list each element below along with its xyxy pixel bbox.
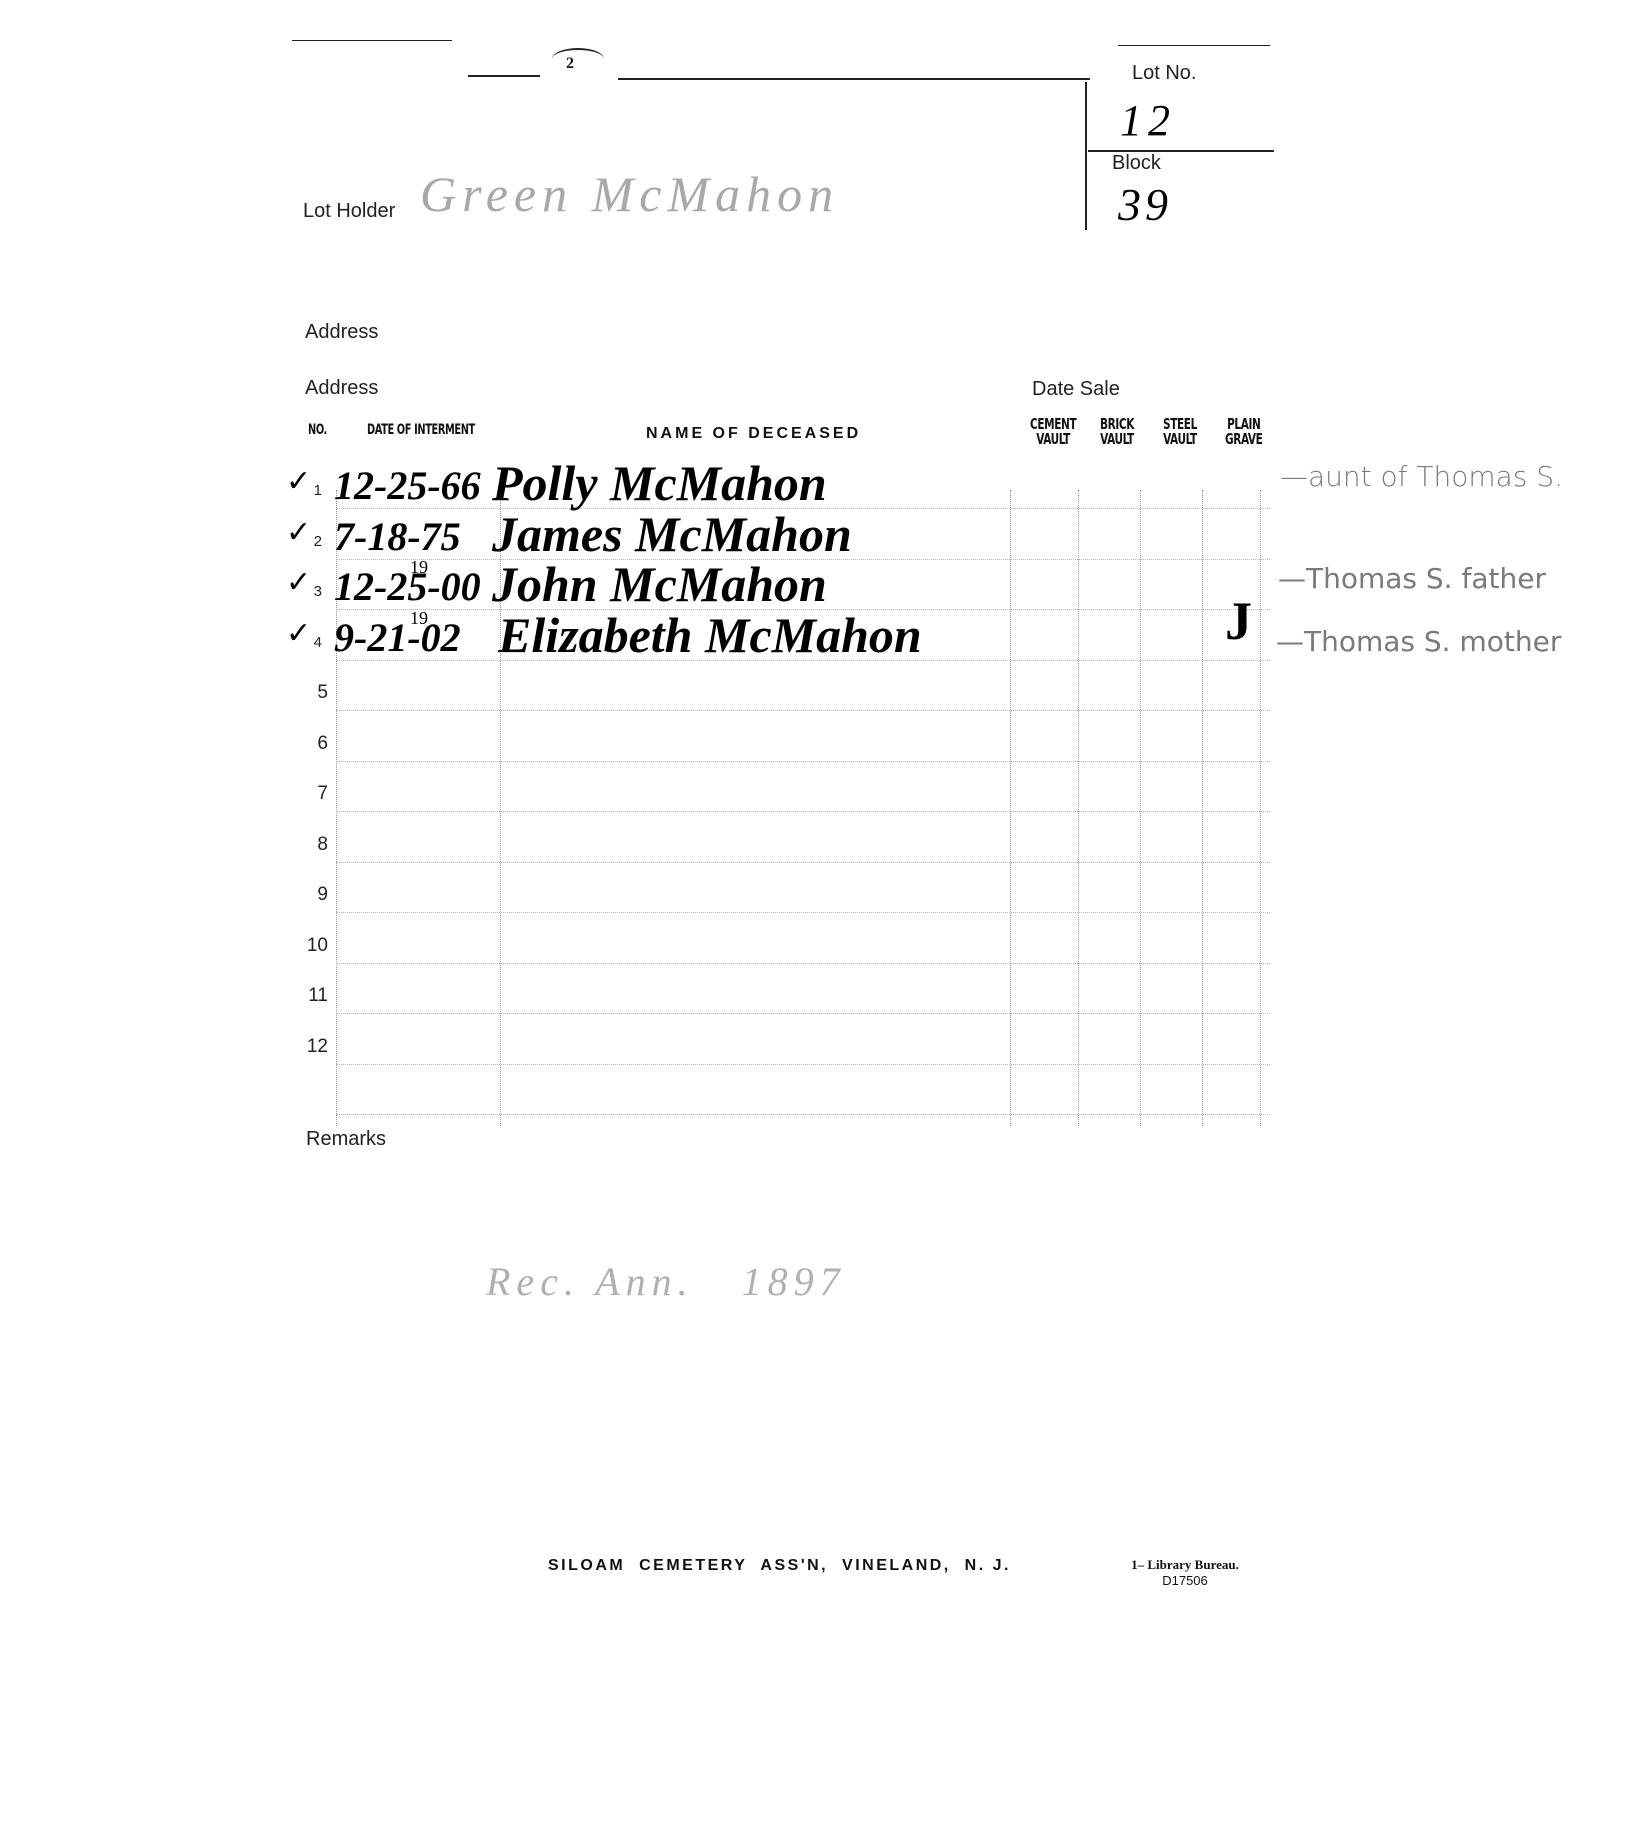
address-label-2: Address [305, 377, 378, 400]
row-number: 2 [296, 533, 322, 550]
table-row: 11 [0, 975, 1641, 1026]
deceased-name: John McMahon [492, 555, 827, 613]
interment-date: 12-25-66 [334, 462, 481, 509]
lot-holder-label: Lot Holder [303, 200, 395, 223]
row-number: 9 [302, 884, 328, 906]
header-brick-vault: BRICK VAULT [1100, 417, 1134, 447]
top-rule-left [468, 75, 540, 77]
row-number: 11 [302, 985, 328, 1007]
block-label: Block [1112, 152, 1161, 175]
grid-row-line [336, 1114, 1270, 1115]
page-number-arc [552, 48, 604, 70]
margin-note-1: —aunt of Thomas S. [1280, 460, 1563, 493]
header-date-of-interment: DATE OF INTERMENT [367, 424, 475, 437]
table-row: 10 [0, 925, 1641, 976]
printer-line-2: D17506 [1110, 1573, 1260, 1589]
top-left-rule [292, 40, 452, 41]
lot-box-divider [1085, 82, 1087, 230]
header-plain-grave: PLAIN GRAVE [1225, 417, 1262, 447]
header-cement-vault: CEMENT VAULT [1030, 417, 1076, 447]
row-number: 12 [302, 1036, 328, 1058]
row-number: 10 [302, 935, 328, 957]
table-row: 9 [0, 874, 1641, 925]
table-row: 5 [0, 672, 1641, 723]
remarks-label: Remarks [306, 1128, 386, 1151]
association-footer: SILOAM CEMETERY ASS'N, VINELAND, N. J. [548, 1557, 1011, 1575]
header-name-of-deceased: NAME OF DECEASED [646, 425, 861, 443]
deceased-name: Elizabeth McMahon [498, 606, 922, 664]
deceased-name: Polly McMahon [492, 454, 827, 512]
interment-date: 12-25-00 [334, 563, 481, 610]
deceased-name: James McMahon [492, 505, 852, 563]
lot-box-top-rule [1118, 45, 1270, 46]
table-row: 6 [0, 723, 1641, 774]
row-number: 3 [296, 583, 322, 600]
top-rule-right [618, 78, 1090, 80]
row-number: 7 [302, 783, 328, 805]
header-steel-vault: STEEL VAULT [1163, 417, 1197, 447]
interment-date: 7-18-75 [334, 513, 461, 560]
printer-mark: 1– Library Bureau. D17506 [1110, 1557, 1260, 1589]
block-value: 39 [1118, 178, 1172, 231]
row-number: 1 [296, 482, 322, 499]
lot-no-label: Lot No. [1132, 62, 1196, 85]
margin-note-2: —Thomas S. father [1278, 562, 1546, 595]
date-sale-label: Date Sale [1032, 378, 1120, 401]
row-number: 5 [302, 682, 328, 704]
row-number: 6 [302, 733, 328, 755]
remarks-note: Rec. Ann. 1897 [486, 1258, 846, 1305]
printer-line-1: 1– Library Bureau. [1110, 1557, 1260, 1573]
lot-no-value: 12 [1120, 95, 1176, 146]
margin-note-3: —Thomas S. mother [1276, 625, 1561, 658]
interment-date: 9-21-02 [334, 614, 461, 661]
row-number: 8 [302, 834, 328, 856]
table-row: 12 [0, 1026, 1641, 1077]
table-row: 8 [0, 824, 1641, 875]
header-no: NO. [308, 424, 327, 437]
table-row: 7 [0, 773, 1641, 824]
lot-holder-value: Green McMahon [420, 165, 839, 223]
address-label-1: Address [305, 321, 378, 344]
row-number: 4 [296, 634, 322, 651]
bracket-mark: J [1225, 590, 1252, 652]
